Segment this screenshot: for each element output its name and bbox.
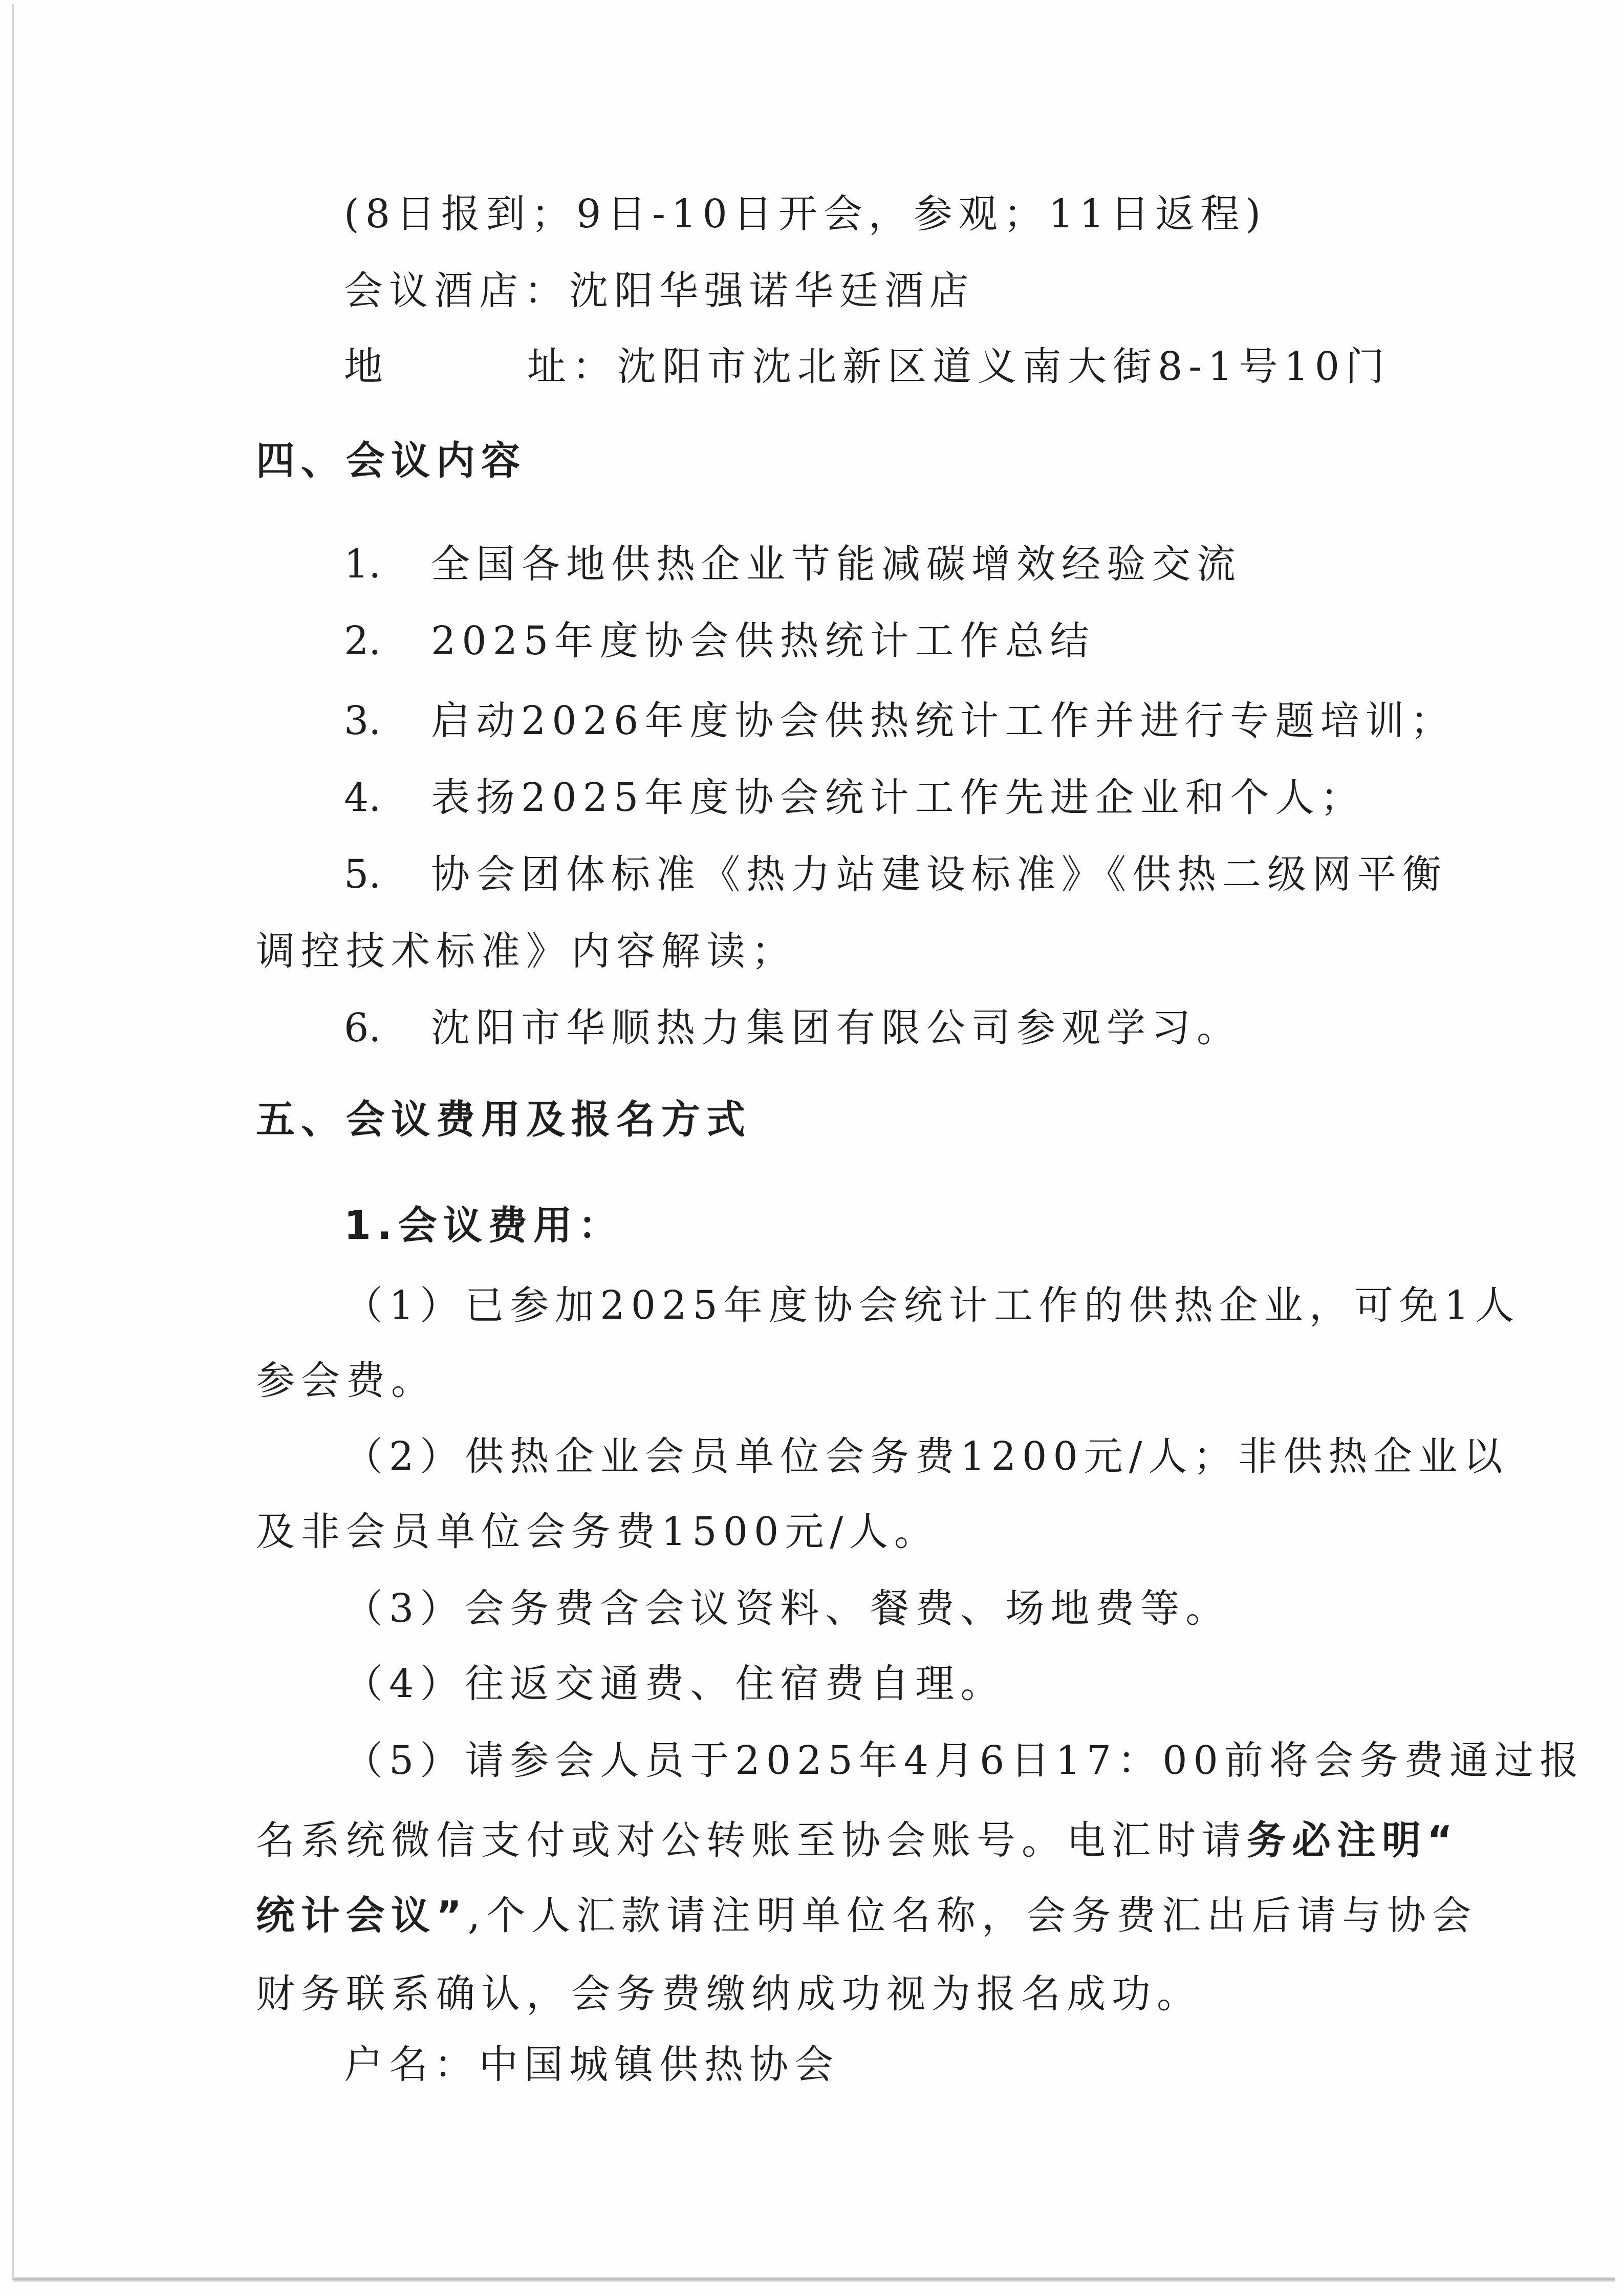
list-item-text: 启动2026年度协会供热统计工作并进行专题培训；: [431, 698, 1455, 743]
list-item: 6.沈阳市华顺热力集团有限公司参观学习。: [344, 1002, 1242, 1054]
list-item-number: 5.: [344, 849, 431, 900]
payment-line-2-text: 名系统微信支付或对公转账至协会账号。电汇时请: [256, 1817, 1247, 1863]
scan-edge-left: [12, 4, 14, 2280]
fee-item-3: （3）会务费含会议资料、餐费、场地费等。: [344, 1583, 1230, 1634]
hotel-line: 会议酒店：沈阳华强诺华廷酒店: [344, 265, 975, 316]
payment-emphasis-remark: 统计会议”: [256, 1893, 468, 1938]
fees-subtitle: 1.会议费用：: [344, 1200, 623, 1251]
fee-item-2-continuation: 及非会员单位会务费1500元/人。: [256, 1506, 939, 1557]
list-item: 2.2025年度协会供热统计工作总结: [344, 615, 1095, 667]
list-item-number: 2.: [344, 615, 431, 667]
list-item: 1.全国各地供热企业节能减碳增效经验交流: [344, 539, 1242, 590]
list-item-number: 1.: [344, 539, 431, 590]
hotel-value: 沈阳华强诺华廷酒店: [569, 268, 975, 313]
payment-emphasis: 务必注明“: [1247, 1817, 1459, 1863]
hotel-label: 会议酒店：: [344, 268, 569, 313]
address-label-first: 地: [344, 344, 389, 389]
list-item-text: 沈阳市华顺热力集团有限公司参观学习。: [431, 1005, 1242, 1050]
list-item-number: 3.: [344, 695, 431, 746]
address-label-last: 址：: [527, 344, 617, 389]
schedule-line: (8日报到；9日-10日开会，参观；11日返程): [344, 188, 1267, 240]
list-item-continuation: 调控技术标准》内容解读；: [256, 926, 796, 977]
list-item-text: 协会团体标准《热力站建设标准》《供热二级网平衡: [431, 851, 1447, 897]
payment-line-4: 财务联系确认，会务费缴纳成功视为报名成功。: [256, 1968, 1202, 2020]
list-item: 5.协会团体标准《热力站建设标准》《供热二级网平衡: [344, 849, 1447, 900]
section4-title: 四、会议内容: [256, 435, 526, 486]
section5-title: 五、会议费用及报名方式: [256, 1094, 751, 1145]
address-value: 沈阳市沈北新区道义南大街8-1号10门: [617, 344, 1391, 389]
payment-line-1: （5）请参会人员于2025年4月6日17：00前将会务费通过报: [344, 1735, 1585, 1786]
payment-line-2: 名系统微信支付或对公转账至协会账号。电汇时请务必注明“: [256, 1815, 1459, 1866]
payment-line-3-text: ,个人汇款请注明单位名称，会务费汇出后请与协会: [468, 1893, 1477, 1938]
payment-line-3: 统计会议”,个人汇款请注明单位名称，会务费汇出后请与协会: [256, 1890, 1477, 1941]
list-item-text: 全国各地供热企业节能减碳增效经验交流: [431, 541, 1242, 587]
list-item: 4.表扬2025年度协会统计工作先进企业和个人；: [344, 772, 1365, 823]
address-label: 地址：: [344, 341, 617, 392]
list-item-number: 4.: [344, 772, 431, 823]
account-name-value: 中国城镇供热协会: [479, 2042, 839, 2087]
list-item-text: 2025年度协会供热统计工作总结: [431, 618, 1095, 663]
account-name-line: 户名：中国城镇供热协会: [344, 2039, 839, 2090]
fee-item-1-continuation: 参会费。: [256, 1355, 436, 1406]
fee-item-1: （1）已参加2025年度协会统计工作的供热企业，可免1人: [344, 1280, 1520, 1331]
list-item-text: 表扬2025年度协会统计工作先进企业和个人；: [431, 775, 1365, 820]
document-page: (8日报到；9日-10日开会，参观；11日返程) 会议酒店：沈阳华强诺华廷酒店 …: [0, 0, 1624, 2296]
scan-edge-bottom: [13, 2277, 1615, 2282]
fee-item-2: （2）供热企业会员单位会务费1200元/人；非供热企业以: [344, 1431, 1508, 1482]
address-line: 地址：沈阳市沈北新区道义南大街8-1号10门: [344, 341, 1391, 392]
account-name-label: 户名：: [344, 2042, 479, 2087]
fee-item-4: （4）往返交通费、住宿费自理。: [344, 1658, 1005, 1709]
list-item: 3.启动2026年度协会供热统计工作并进行专题培训；: [344, 695, 1455, 746]
list-item-number: 6.: [344, 1002, 431, 1054]
